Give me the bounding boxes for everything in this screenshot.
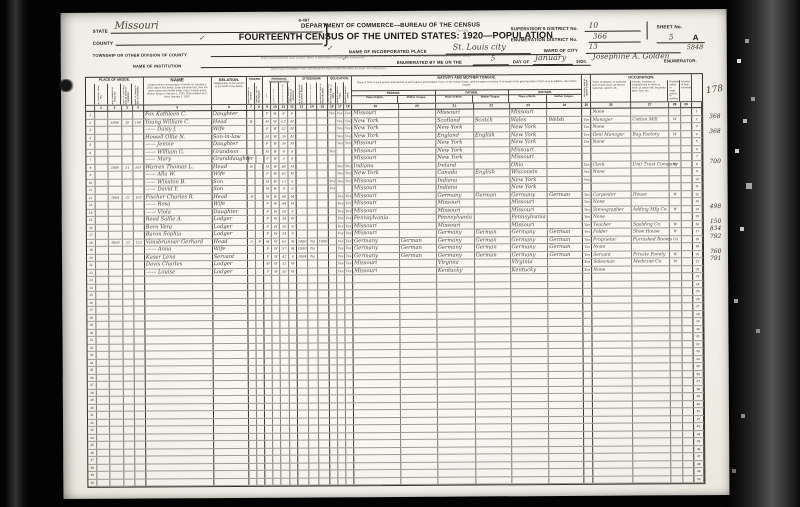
cell-ftongue xyxy=(475,312,511,319)
cell-ftongue xyxy=(475,297,511,304)
cell-ftongue xyxy=(475,379,511,386)
cell-house xyxy=(108,149,122,156)
cell-ind xyxy=(633,401,671,408)
cell-cls: W xyxy=(670,228,682,235)
cell-ind xyxy=(632,273,670,280)
cell-ftongue xyxy=(474,184,510,191)
cell-occ: Manager xyxy=(591,116,631,123)
cell-sex: M xyxy=(264,193,272,200)
cell-age: 8 xyxy=(280,186,289,193)
cell-name: Young William C. xyxy=(144,119,212,126)
cell-mort xyxy=(257,411,265,418)
cell-natyr xyxy=(318,178,329,185)
cell-write: Yes xyxy=(345,193,353,200)
cell-age: 36 xyxy=(280,133,289,140)
cell-school xyxy=(329,253,337,260)
cell-mort xyxy=(257,276,265,283)
tongue-col-head: Mother Tongue. xyxy=(547,95,582,102)
cell-school xyxy=(328,140,336,147)
cell-rn: 13 xyxy=(693,198,703,205)
cell-house: 3860 xyxy=(108,164,122,171)
cell-farm xyxy=(682,221,693,228)
cell-occ: Folder xyxy=(592,229,632,236)
cell-mort xyxy=(256,126,264,133)
column-number-rn xyxy=(692,102,702,107)
cell-fpob: England xyxy=(436,132,474,139)
month-underline xyxy=(533,63,573,65)
cell-pob xyxy=(353,290,400,297)
cell-fpob xyxy=(437,320,475,327)
cell-cls xyxy=(670,243,682,250)
cell-school xyxy=(330,433,338,440)
cell-mar xyxy=(290,366,298,373)
cell-eng xyxy=(584,304,593,311)
cell-eng xyxy=(583,146,592,153)
cell-mtongue: German xyxy=(548,229,583,236)
cell-read: Yes xyxy=(336,110,344,117)
cell-ln: 28 xyxy=(87,314,96,321)
birth-col-head: Place of Birth. xyxy=(509,95,547,102)
cell-farm xyxy=(681,161,692,168)
cell-name xyxy=(145,344,213,351)
cell-race: W xyxy=(272,238,280,245)
cell-fam xyxy=(134,202,145,209)
cell-race xyxy=(273,411,281,418)
cell-farm xyxy=(683,386,694,393)
cell-ftongue xyxy=(476,469,512,476)
cell-street xyxy=(95,127,108,134)
cell-nat xyxy=(309,388,319,395)
cell-age xyxy=(281,321,290,328)
cell-mar xyxy=(290,328,298,335)
cell-rel xyxy=(214,478,250,485)
cell-ftongue: German xyxy=(475,252,511,259)
cell-name: Born Vera xyxy=(145,224,213,231)
cell-imm xyxy=(299,456,310,463)
cell-street xyxy=(96,217,109,224)
cell-mar: M xyxy=(289,246,297,253)
cell-dwell: 32 xyxy=(123,194,134,201)
cell-name: —— Mary xyxy=(144,156,212,163)
cell-street xyxy=(97,359,110,366)
cell-school xyxy=(329,200,337,207)
cell-rel xyxy=(213,373,249,380)
cell-pob: New York xyxy=(352,132,399,139)
cell-age xyxy=(281,298,290,305)
cell-occ: Salesman xyxy=(592,259,632,266)
cell-sex: M xyxy=(264,261,272,268)
cell-ind xyxy=(631,123,669,130)
cell-pob: Germany xyxy=(353,252,400,259)
cell-ln: 34 xyxy=(88,359,97,366)
cell-mpob xyxy=(511,372,549,379)
cell-rn: 24 xyxy=(693,281,703,288)
cell-imm xyxy=(298,313,309,320)
cell-imm xyxy=(298,426,309,433)
cell-nat xyxy=(310,478,320,485)
cell-ind: Cotton Mill xyxy=(631,116,669,123)
cell-natyr xyxy=(319,350,330,357)
cell-age: 13 xyxy=(280,178,289,185)
cell-farm xyxy=(682,191,693,198)
cell-school xyxy=(330,455,338,462)
cell-ln: 21 xyxy=(87,262,96,269)
cell-own xyxy=(249,343,257,350)
cell-mpob xyxy=(512,439,550,446)
cell-race xyxy=(273,306,281,313)
cell-rel xyxy=(214,418,250,425)
cell-ln: 12 xyxy=(87,194,96,201)
cell-fam: 101 xyxy=(133,164,144,171)
cell-mtongue xyxy=(549,371,584,378)
cell-ftongue xyxy=(476,394,512,401)
cell-rel xyxy=(213,381,249,388)
cell-fam xyxy=(135,412,146,419)
cell-pob xyxy=(354,327,401,334)
cell-nat xyxy=(308,155,318,162)
cell-tongue xyxy=(401,447,438,454)
cell-imm xyxy=(297,216,308,223)
cell-mtongue xyxy=(549,349,584,356)
cell-mtongue xyxy=(548,169,583,176)
cell-natyr xyxy=(317,110,328,117)
cell-imm xyxy=(297,201,308,208)
cell-fpob: Germany xyxy=(437,237,475,244)
cell-ind xyxy=(633,318,671,325)
cell-mtongue: German xyxy=(548,251,583,258)
cell-cls xyxy=(671,453,683,460)
cell-pob: New York xyxy=(352,125,399,132)
cell-occ: Teacher xyxy=(592,221,632,228)
county-label: COUNTY xyxy=(93,41,114,46)
cell-dwell xyxy=(122,187,133,194)
cell-ind: Spalding Co. xyxy=(632,221,670,228)
cell-dwell xyxy=(124,359,135,366)
cell-sex xyxy=(265,366,273,373)
cell-sex: M xyxy=(264,133,272,140)
cell-tongue xyxy=(399,177,436,184)
cell-tongue xyxy=(399,155,436,162)
cell-fam xyxy=(134,232,145,239)
cell-natyr xyxy=(318,148,329,155)
cell-nat xyxy=(309,328,319,335)
cell-write: Yes xyxy=(344,118,352,125)
cell-mar xyxy=(290,343,298,350)
cell-write: Yes xyxy=(345,163,353,170)
page-note: 178 xyxy=(705,84,723,96)
cell-race xyxy=(273,321,281,328)
cell-name xyxy=(146,434,214,441)
cell-fam xyxy=(133,179,144,186)
cell-eng xyxy=(584,386,593,393)
cell-own xyxy=(249,298,257,305)
cell-own xyxy=(249,396,257,403)
cell-ln: 9 xyxy=(86,172,95,179)
cell-street xyxy=(97,434,110,441)
cell-imm xyxy=(298,366,309,373)
cell-race xyxy=(274,448,282,455)
cell-school xyxy=(329,163,337,170)
margin-annotations: 368368700498150834792760791 xyxy=(61,9,727,13)
cell-rn: 30 xyxy=(693,326,703,333)
cell-house xyxy=(110,397,124,404)
county-mark: ✓ xyxy=(199,34,205,42)
cell-race xyxy=(273,381,281,388)
cell-sex: F xyxy=(264,223,272,230)
cell-street xyxy=(96,292,109,299)
cell-ln: 3 xyxy=(86,127,95,134)
cell-tongue xyxy=(401,477,438,484)
cell-dwell xyxy=(124,442,135,449)
cell-eng xyxy=(584,341,593,348)
cell-ln: 31 xyxy=(88,337,97,344)
cell-mpob: Pennsylvania xyxy=(510,214,548,221)
cell-mtongue xyxy=(548,109,583,116)
cell-house xyxy=(109,284,123,291)
column-number-fam: 4 xyxy=(133,106,144,111)
cell-mpob xyxy=(512,409,550,416)
cell-mort xyxy=(257,426,265,433)
cell-mpob xyxy=(511,402,549,409)
cell-pob xyxy=(353,282,400,289)
cell-race xyxy=(273,298,281,305)
cell-tongue xyxy=(401,365,438,372)
cell-fam xyxy=(135,389,146,396)
cell-read xyxy=(338,425,346,432)
cell-sex xyxy=(266,441,274,448)
cell-occ: None xyxy=(592,199,632,206)
cell-own xyxy=(248,216,256,223)
cell-mtongue xyxy=(549,364,584,371)
cell-school xyxy=(329,230,337,237)
cell-read xyxy=(338,365,346,372)
cell-house xyxy=(110,382,124,389)
cell-name xyxy=(146,389,214,396)
cell-school xyxy=(330,328,338,335)
cell-cls xyxy=(671,423,683,430)
cell-age xyxy=(281,441,290,448)
column-group-nativity-and-mother-tongue: NATIVITY AND MOTHER TONGUE.Place of birt… xyxy=(352,75,582,103)
cell-mort xyxy=(257,291,265,298)
cell-ln: 40 xyxy=(88,404,97,411)
cell-nat xyxy=(309,455,319,462)
district-box-divider xyxy=(647,21,648,39)
group-label: PLACE OF ABODE. xyxy=(86,78,143,83)
cell-ln: 44 xyxy=(88,434,97,441)
cell-house xyxy=(108,142,122,149)
cell-sex xyxy=(265,396,273,403)
cell-write xyxy=(345,283,353,290)
cell-fpob: Canada xyxy=(436,170,474,177)
cell-sex xyxy=(265,426,273,433)
county-underline xyxy=(116,42,323,45)
cell-natyr xyxy=(319,455,330,462)
cell-rn: 19 xyxy=(693,243,703,250)
cell-eng xyxy=(584,439,593,446)
group-note: Relationship of this person to the head … xyxy=(212,82,247,90)
cell-write xyxy=(344,148,352,155)
cell-house xyxy=(109,299,123,306)
cell-write xyxy=(346,463,354,470)
cell-house xyxy=(110,374,124,381)
cell-own xyxy=(249,261,257,268)
cell-natyr xyxy=(318,245,329,252)
cell-imm xyxy=(297,133,308,140)
cell-natyr xyxy=(319,358,330,365)
cell-imm xyxy=(297,148,308,155)
cell-pob: Missouri xyxy=(353,192,400,199)
cell-rel: Wife xyxy=(213,246,249,253)
cell-dwell xyxy=(123,269,134,276)
cell-farm xyxy=(683,416,694,423)
cell-mtongue xyxy=(549,289,584,296)
census-table: PLACE OF ABODE.Street, avenue, road, etc… xyxy=(85,73,705,488)
cell-read: Yes xyxy=(336,125,344,132)
cell-ind xyxy=(633,356,671,363)
cell-mort xyxy=(258,433,266,440)
cell-natyr xyxy=(318,230,329,237)
cell-rn: 7 xyxy=(692,153,702,160)
cell-write: Yes xyxy=(344,110,352,117)
cell-sex xyxy=(265,283,273,290)
cell-age xyxy=(280,276,289,283)
cell-pob xyxy=(354,350,401,357)
cell-read: Yes xyxy=(337,223,345,230)
cell-pob xyxy=(354,372,401,379)
cell-farm xyxy=(683,393,694,400)
cell-farm xyxy=(683,408,694,415)
cell-rel xyxy=(213,388,249,395)
cell-mar xyxy=(290,373,298,380)
cell-mpob: Wales xyxy=(510,117,548,124)
cell-occ xyxy=(592,281,632,288)
cell-sex xyxy=(265,418,273,425)
cell-fpob xyxy=(438,477,476,484)
cell-street xyxy=(97,404,110,411)
column-head-natyr: If naturalized, year of naturalization. xyxy=(317,82,328,103)
cell-rel xyxy=(214,448,250,455)
cell-ftongue: English xyxy=(474,169,510,176)
cell-rel: Daughter xyxy=(212,208,248,215)
cell-ind: Bag Factory xyxy=(631,131,669,138)
cell-nat xyxy=(308,275,318,282)
cell-sex xyxy=(265,313,273,320)
cell-fam: 102 xyxy=(133,194,144,201)
cell-imm xyxy=(298,336,309,343)
cell-occ: Stenographer xyxy=(592,206,632,213)
cell-dwell xyxy=(124,382,135,389)
cell-write xyxy=(345,275,353,282)
cell-eng: Yes xyxy=(582,116,591,123)
cell-street xyxy=(97,457,110,464)
cell-school xyxy=(330,463,338,470)
cell-imm xyxy=(297,283,308,290)
cell-cls xyxy=(671,333,683,340)
cell-nat xyxy=(308,260,318,267)
cell-cls xyxy=(671,356,683,363)
cell-school xyxy=(329,275,337,282)
cell-mtongue xyxy=(548,199,583,206)
cell-pob xyxy=(354,432,401,439)
cell-fam xyxy=(135,457,146,464)
cell-write: Yes xyxy=(345,178,353,185)
cell-rn: 3 xyxy=(692,123,702,130)
cell-fpob: New York xyxy=(436,140,474,147)
cell-eng: Yes xyxy=(583,191,592,198)
cell-ftongue xyxy=(475,282,511,289)
cell-school xyxy=(329,283,337,290)
cell-own xyxy=(248,208,256,215)
cell-cls xyxy=(670,183,682,190)
cell-fpob xyxy=(437,297,475,304)
cell-nat xyxy=(309,418,319,425)
cell-house xyxy=(109,232,123,239)
birth-col-head: Place of Birth. xyxy=(352,96,398,103)
cell-street xyxy=(96,284,109,291)
cell-cls: W xyxy=(670,258,682,265)
cell-read: Yes xyxy=(337,215,345,222)
cell-rn: 15 xyxy=(693,213,703,220)
cell-fam xyxy=(134,217,145,224)
cell-natyr xyxy=(318,260,329,267)
cell-nat xyxy=(309,305,319,312)
cell-ind xyxy=(633,393,671,400)
cell-occ xyxy=(592,184,632,191)
cell-ftongue xyxy=(474,207,510,214)
cell-occ: None xyxy=(591,109,631,116)
cell-street xyxy=(96,224,109,231)
cell-mort xyxy=(256,163,264,170)
cell-name xyxy=(145,314,213,321)
column-group-relation: RELATION.Relationship of this person to … xyxy=(212,77,248,104)
cell-cls: W xyxy=(669,161,681,168)
column-group-personal-description: PERSONAL DESCRIPTION.Sex.Color or race.A… xyxy=(263,77,296,104)
cell-house xyxy=(109,209,123,216)
cell-rel xyxy=(213,336,249,343)
cell-house xyxy=(109,254,123,261)
cell-mpob xyxy=(511,327,549,334)
cell-pob xyxy=(354,335,401,342)
cell-read xyxy=(338,470,346,477)
cell-mtongue xyxy=(549,319,584,326)
cell-ftongue xyxy=(474,214,510,221)
cell-mort xyxy=(256,201,264,208)
cell-name xyxy=(145,351,213,358)
cell-age xyxy=(282,456,291,463)
cell-house xyxy=(110,464,124,471)
cell-ln: 32 xyxy=(88,344,97,351)
cell-sex xyxy=(265,276,273,283)
cell-race: W xyxy=(272,223,280,230)
enumerator-value: Josephine A. Golden xyxy=(593,51,670,60)
cell-fam xyxy=(135,449,146,456)
cell-ftongue: German xyxy=(475,244,511,251)
column-head-own: Home owned or rented. xyxy=(247,83,255,104)
cell-occ xyxy=(593,296,633,303)
cell-cls xyxy=(671,386,683,393)
cell-mtongue xyxy=(548,146,583,153)
cell-house xyxy=(110,449,124,456)
cell-eng: Yes xyxy=(583,244,592,251)
cell-imm xyxy=(298,388,309,395)
cell-school xyxy=(330,440,338,447)
cell-write xyxy=(346,373,354,380)
cell-ind xyxy=(632,303,670,310)
cell-mpob: Germany xyxy=(511,244,549,251)
cell-ftongue xyxy=(475,349,511,356)
cell-sex xyxy=(265,358,273,365)
cell-own: R xyxy=(248,193,256,200)
